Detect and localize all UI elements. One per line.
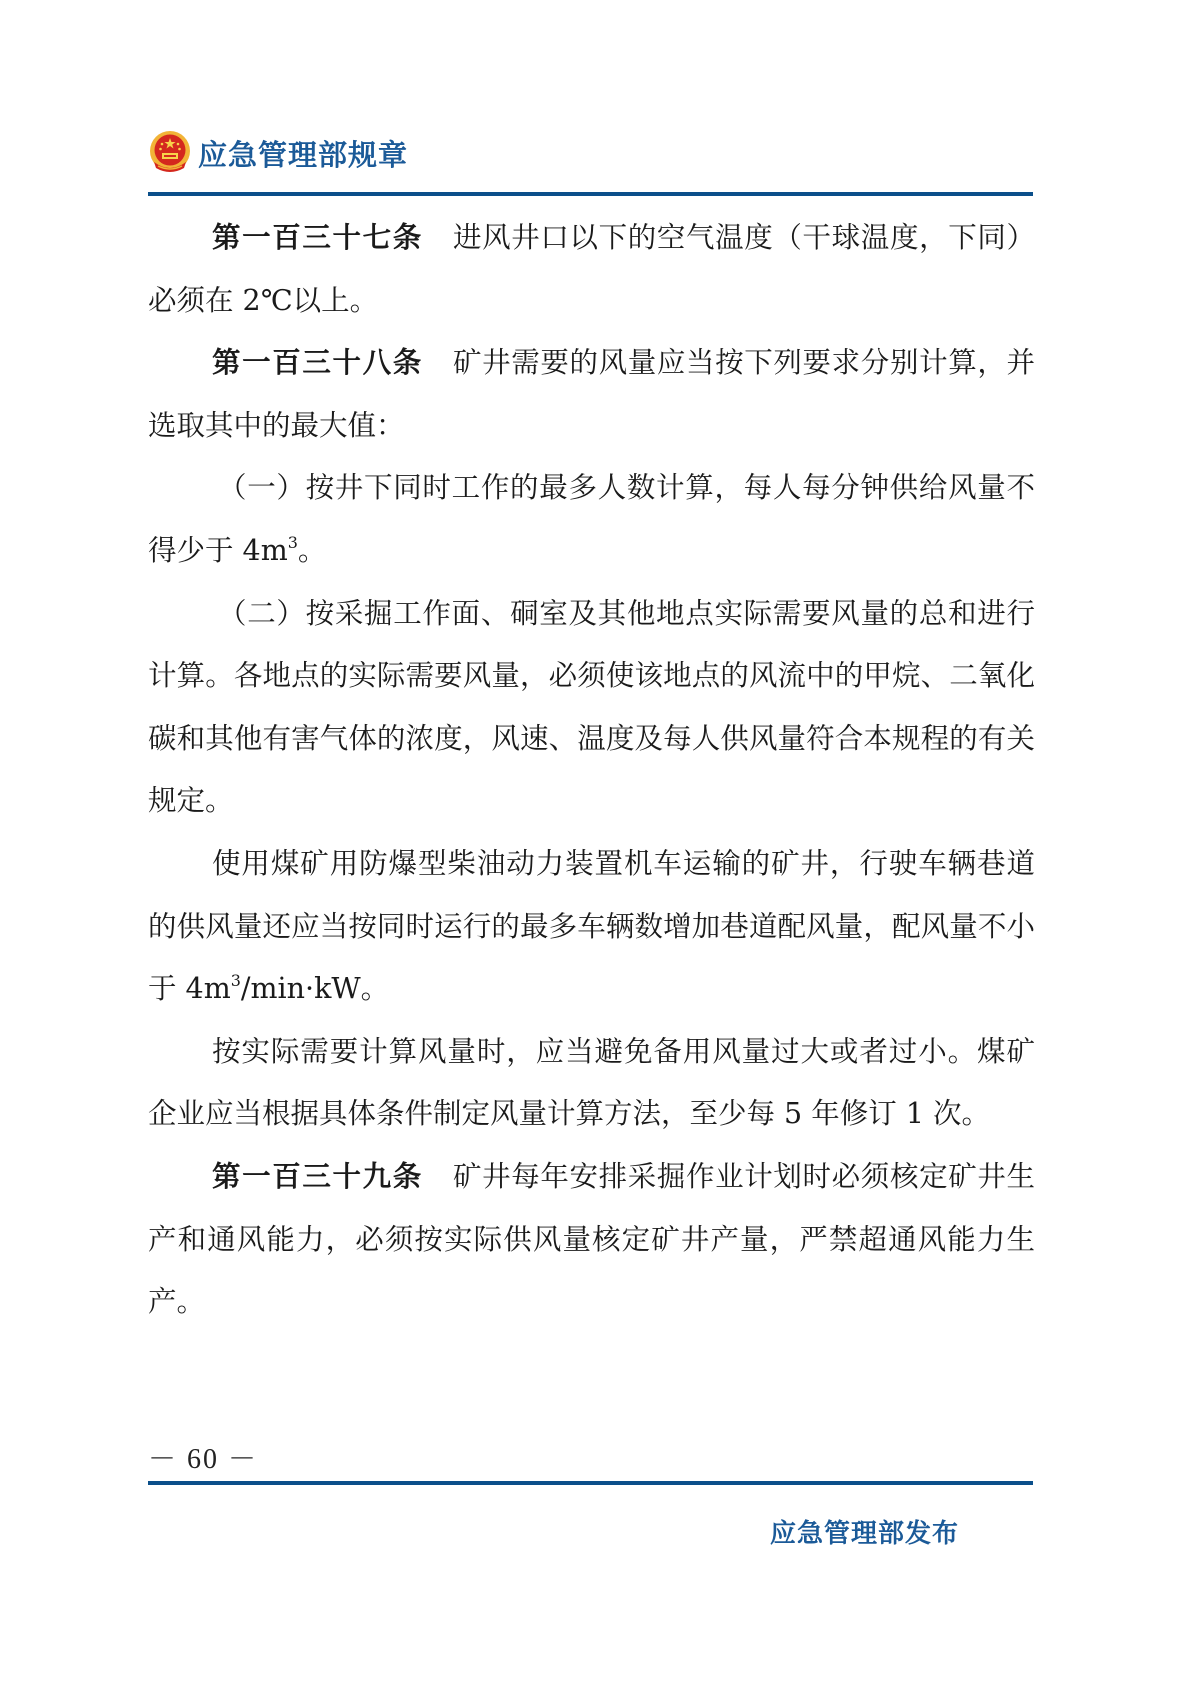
article-137: 第一百三十七条进风井口以下的空气温度（干球温度，下同）必须在 2℃以上。 [148, 207, 1035, 332]
article-138-item-2: （二）按采掘工作面、硐室及其他地点实际需要风量的总和进行计算。各地点的实际需要风… [148, 583, 1035, 833]
item-text: （二）按采掘工作面、硐室及其他地点实际需要风量的总和进行计算。各地点的实际需要风… [148, 597, 1035, 818]
superscript: 3 [231, 971, 241, 990]
header-title: 应急管理部规章 [198, 133, 408, 174]
article-label: 第一百三十九条 [212, 1160, 423, 1193]
article-138: 第一百三十八条矿井需要的风量应当按下列要求分别计算，并选取其中的最大值： [148, 332, 1035, 457]
article-138-para-diesel: 使用煤矿用防爆型柴油动力装置机车运输的矿井，行驶车辆巷道的供风量还应当按同时运行… [148, 833, 1035, 1021]
national-emblem-icon [148, 130, 192, 176]
article-label: 第一百三十八条 [212, 346, 423, 379]
item-text: （一）按井下同时工作的最多人数计算，每人每分钟供给风量不得少于 4m [148, 471, 1035, 567]
article-138-item-1: （一）按井下同时工作的最多人数计算，每人每分钟供给风量不得少于 4m3。 [148, 457, 1035, 582]
header-divider [148, 192, 1033, 196]
article-label: 第一百三十七条 [212, 221, 423, 254]
document-body: 第一百三十七条进风井口以下的空气温度（干球温度，下同）必须在 2℃以上。 第一百… [148, 207, 1035, 1334]
para-text-end: /min·kW。 [241, 972, 389, 1005]
page-number: － 60 － [148, 1437, 258, 1477]
superscript: 3 [288, 533, 298, 552]
item-text-end: 。 [298, 534, 327, 567]
article-139: 第一百三十九条矿井每年安排采掘作业计划时必须核定矿井生产和通风能力，必须按实际供… [148, 1146, 1035, 1334]
footer-publisher: 应急管理部发布 [770, 1513, 959, 1550]
page-header: 应急管理部规章 [148, 128, 408, 178]
article-138-para-calculation: 按实际需要计算风量时，应当避免备用风量过大或者过小。煤矿企业应当根据具体条件制定… [148, 1021, 1035, 1146]
para-text: 按实际需要计算风量时，应当避免备用风量过大或者过小。煤矿企业应当根据具体条件制定… [148, 1035, 1035, 1131]
footer-divider [148, 1481, 1033, 1485]
